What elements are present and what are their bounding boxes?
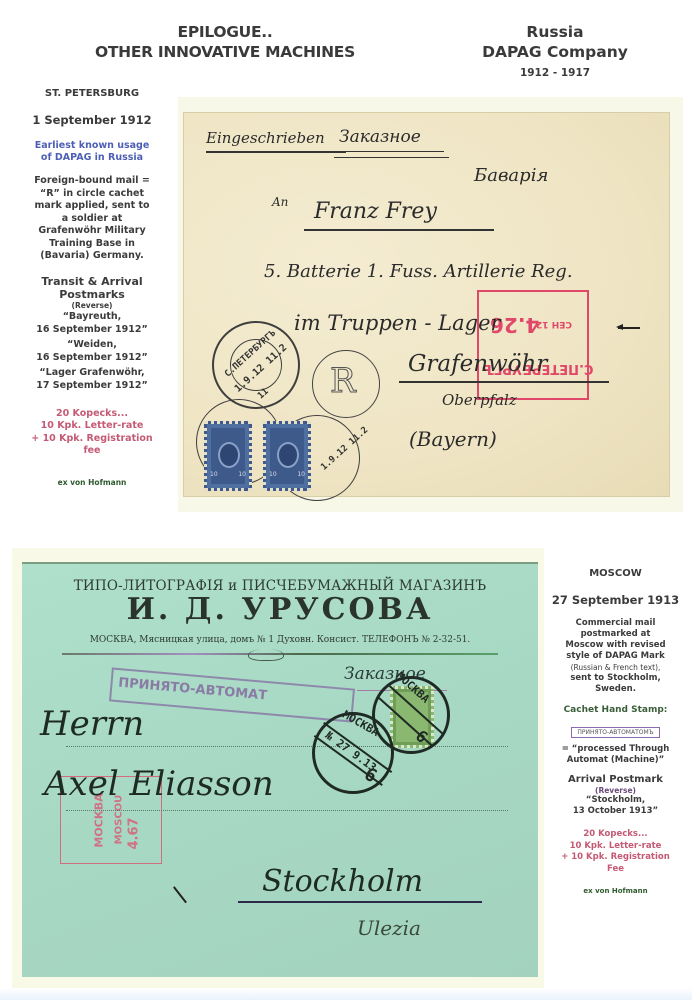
postmark-2-line-1: “Weiden, [18,338,166,351]
rate-info: 20 Kopecks... 10 Kpk. Letter-rate + 10 K… [18,408,166,458]
city-label: ST. PETERSBURG [18,88,166,99]
underline [304,229,494,231]
postmarks-note: (Reverse) [18,301,166,310]
dapag-value: 4.67 [127,817,142,849]
letterhead-name: И. Д. УРУСОВА [22,592,538,627]
provenance: ex von Hofmann [543,887,688,895]
value-left: 10 [269,471,277,478]
address-line-1: 5. Batterie 1. Fuss. Artillerie Reg. [264,261,573,282]
rate-line: + 10 Kpk. Registration [18,433,166,446]
registration-r-cachet: R [312,350,380,418]
destination-state: (Bayern) [409,427,497,451]
arrow-icon [618,327,640,329]
provenance: ex von Hofmann [18,478,166,487]
destination-region: Oberpfalz [442,391,517,409]
postmark-moscow-2: МОСКВА № 27 9.13 6 [312,712,394,794]
address-line-guide [66,810,508,811]
arrival-line-2: 13 October 1913” [543,806,688,817]
highlight-line-1: Earliest known usage [18,140,166,152]
description-line: “R” in circle cachet [18,188,166,201]
left-notes: ST. PETERSBURG 1 September 1912 Earliest… [18,88,166,487]
description-line: sent to Stockholm, [543,673,688,684]
country-label: Russia [455,22,655,42]
stamp-10-kopeck: 1010 [204,421,252,491]
addressee-prefix: An [272,195,288,209]
underline [206,151,346,153]
rate-line: Fee [543,864,688,876]
cachet-example: ПРИНЯТО-АВТОМАТОМЪ [571,727,659,738]
page-subtitle: Russia DAPAG Company 1912 - 1917 [455,22,655,82]
date-label: 27 September 1913 [543,593,688,607]
description-line: Training Base in [18,238,166,251]
rate-line: 10 Kpk. Letter-rate [543,841,688,853]
rate-info: 20 Kopecks... 10 Kpk. Letter-rate + 10 K… [543,829,688,875]
years-label: 1912 - 1917 [455,64,655,82]
address-line-2: im Truppen - Lager [294,311,501,335]
rate-line: 20 Kopecks... [543,829,688,841]
description-line: (Bavaria) Germany. [18,250,166,263]
underline [399,381,609,383]
description-line: Commercial mail [543,618,688,629]
rate-line: 20 Kopecks... [18,408,166,421]
letterhead-address: МОСКВА, Мясницкая улица, домъ № 1 Духовн… [22,635,538,645]
description-line: a soldier at [18,213,166,226]
dapag-month: СЕН 12 [536,319,572,329]
postmark-2-line-2: 16 September 1912” [18,351,166,364]
underline [238,901,482,903]
r-letter: R [330,361,358,401]
address-line-guide [66,746,508,747]
ornament-center [248,649,284,661]
cover-moscow: ТИПО-ЛИТОГРАФІЯ и ПИСЧЕБУМАЖНЫЙ МАГАЗИНЪ… [22,562,538,977]
cachet-meaning-1: = “processed Through [543,744,688,755]
title-line-1: EPILOGUE.. [60,22,390,42]
postmark-3-line-2: 17 September 1912” [18,379,166,392]
description-note: (Russian & French text), [543,662,688,673]
cachet-heading: Cachet Hand Stamp: [543,705,688,715]
value-left: 10 [210,471,218,478]
postmark-3-line-1: “Lager Grafenwöhr, [18,366,166,379]
addressee: Axel Eliasson [44,764,274,804]
rate-line: 10 Kpk. Letter-rate [18,420,166,433]
arrow-icon [173,886,186,903]
stamp-value: 1010 [210,471,246,478]
eagle-icon [218,442,240,468]
description-line: style of DAPAG Mark [543,651,688,662]
destination-country: Ulezia [357,916,421,940]
right-notes: MOSCOW 27 September 1913 Commercial mail… [543,568,688,895]
salutation: Herrn [40,704,144,744]
postmark-date: 1.9.12 11.2 [319,425,370,472]
registered-ru: Заказное [339,127,421,147]
cover-st-petersburg: Eingeschrieben Заказное Баварія An Franz… [183,112,670,497]
postmarks-heading-1: Transit & Arrival [18,275,166,288]
underline [334,157,449,158]
description: Foreign-bound mail = “R” in circle cache… [18,175,166,263]
stamp-10-kopeck: 1010 [263,421,311,491]
highlight-line-2: of DAPAG in Russia [18,152,166,164]
value-right: 10 [238,471,246,478]
stamp-value: 1010 [269,471,305,478]
date-label: 1 September 1912 [18,113,166,127]
description-line: postmarked at [543,629,688,640]
postmark-1-line-2: 16 September 1912” [18,323,166,336]
arrival-line-1: “Stockholm, [543,795,688,806]
addressee: Franz Frey [314,199,437,224]
description-line: mark applied, sent to [18,200,166,213]
arrival-heading: Arrival Postmark [543,773,688,786]
description: Commercial mail postmarked at Moscow wit… [543,618,688,695]
value-right: 10 [297,471,305,478]
registered-de: Eingeschrieben [206,129,325,147]
company-label: DAPAG Company [455,42,655,62]
page-title: EPILOGUE.. OTHER INNOVATIVE MACHINES [60,22,390,62]
country-ru: Баварія [474,165,548,186]
postmarks-heading-2: Postmarks [18,288,166,301]
cachet-meaning-2: Automat (Machine)” [543,755,688,766]
description-line: Foreign-bound mail = [18,175,166,188]
postmark-st-petersburg: С.ПЕТЕРБУРГЪ 1.9.12 11.2 11 [212,321,300,409]
postmark-1-line-1: “Bayreuth, [18,310,166,323]
description-line: Grafenwöhr Military [18,225,166,238]
rate-line: + 10 Kpk. Registration [543,852,688,864]
description-line: Moscow with revised [543,640,688,651]
city-label: MOSCOW [543,568,688,579]
underline [334,151,444,152]
arrival-note: (Reverse) [543,786,688,795]
eagle-icon [277,442,299,468]
rate-line: fee [18,445,166,458]
destination-city: Stockholm [262,864,423,899]
title-line-2: OTHER INNOVATIVE MACHINES [60,42,390,62]
description-line: Sweden. [543,684,688,695]
dapag-machine-mark [477,290,589,400]
destination-city: Grafenwöhr [408,351,547,377]
page-bottom-edge [0,988,692,1000]
